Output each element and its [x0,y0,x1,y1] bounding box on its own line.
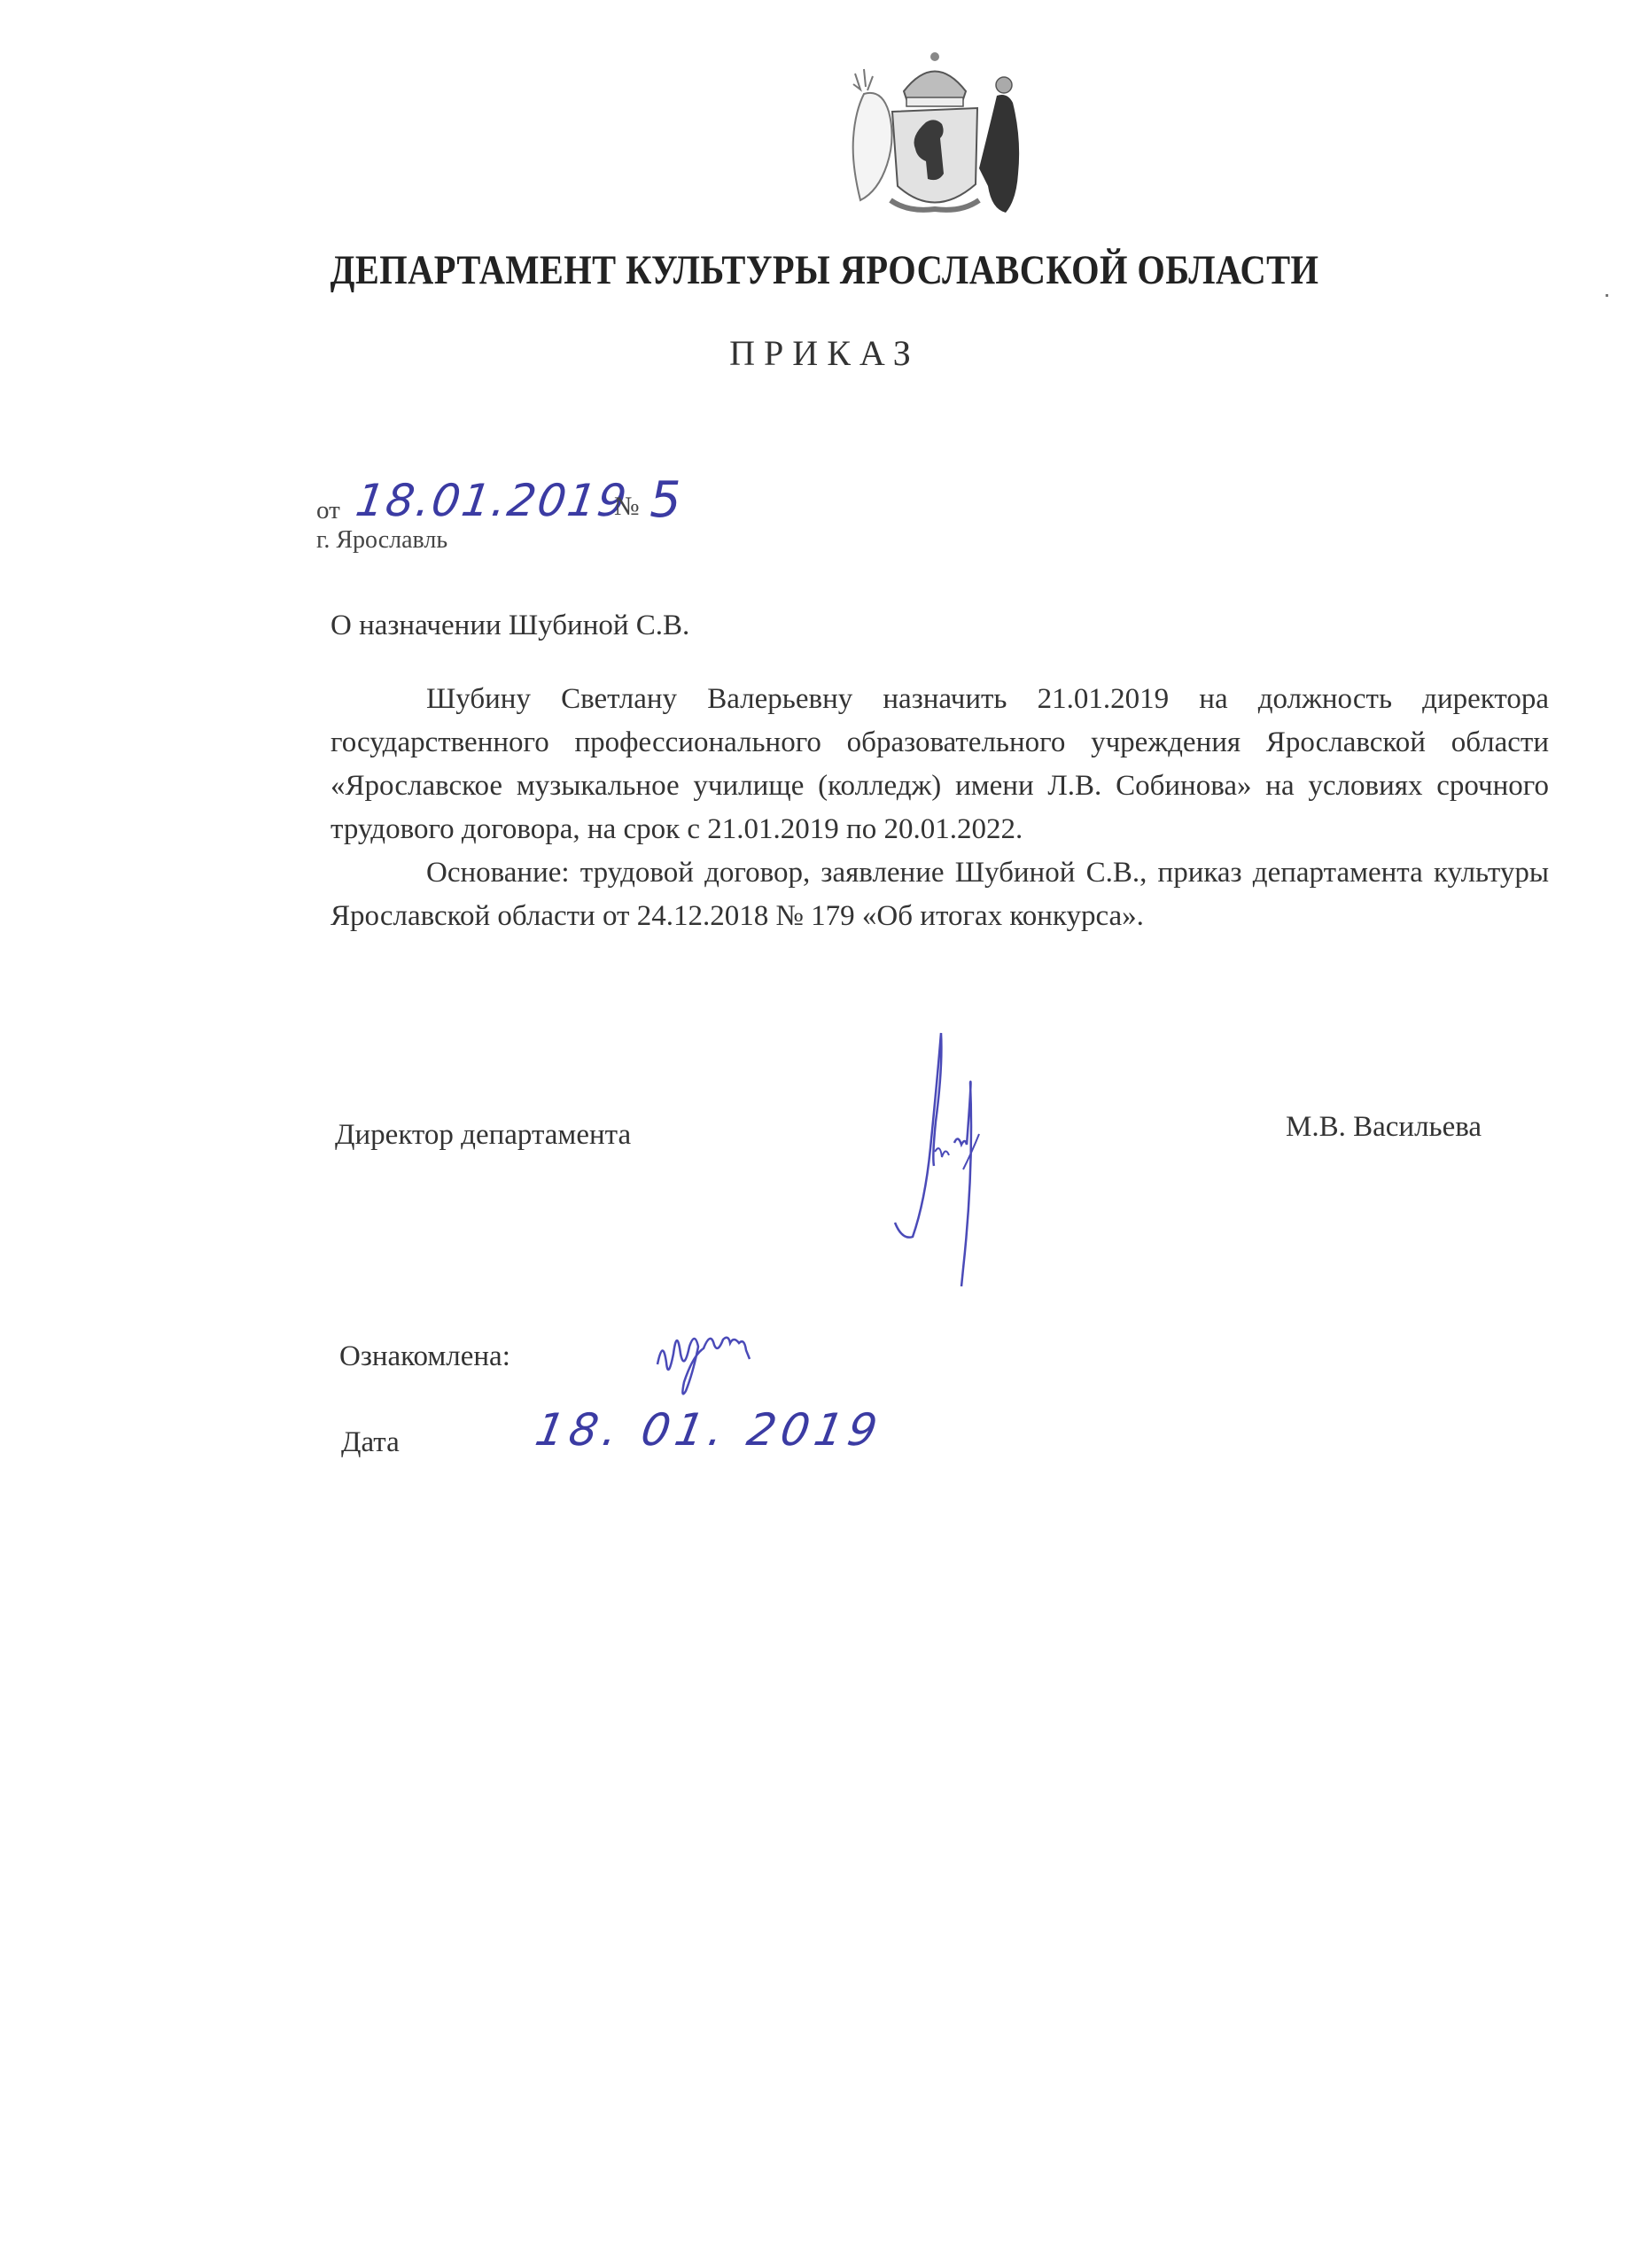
order-date-handwritten: 18.01.2019 [353,475,631,526]
signer-name: М.В. Васильева [1286,1111,1482,1144]
acknowledged-date-label: Дата [341,1426,400,1459]
document-type-title: ПРИКАЗ [0,332,1649,374]
department-title: ДЕПАРТАМЕНТ КУЛЬТУРЫ ЯРОСЛАВСКОЙ ОБЛАСТИ [115,246,1533,294]
order-subject: О назначении Шубиной С.В. [331,610,689,642]
director-signature [873,1019,1077,1302]
acknowledged-date-handwritten: 18. 01. 2019 [532,1404,886,1456]
acknowledged-label: Ознакомлена: [339,1340,510,1373]
acknowledgement-signature [647,1320,851,1417]
order-number-handwritten: 5 [649,471,681,529]
scan-speck [1606,294,1608,297]
order-number-label: № [614,492,640,522]
signer-position: Директор департамента [335,1119,631,1152]
body-paragraph-basis: Основание: трудовой договор, заявление Ш… [331,851,1549,938]
coat-of-arms-emblem [828,51,1041,229]
order-city: г. Ярославль [316,526,447,555]
order-date-label: от [316,496,340,525]
body-paragraph-appointment: Шубину Светлану Валерьевну назначить 21.… [331,678,1549,851]
order-body: Шубину Светлану Валерьевну назначить 21.… [331,678,1549,938]
